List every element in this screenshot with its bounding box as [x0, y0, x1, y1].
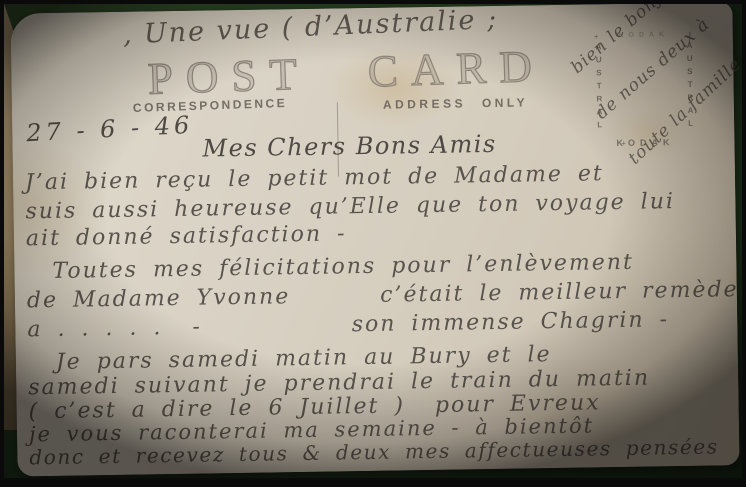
message-body: J’ai bien reçu le petit mot de Madame et… [25, 160, 736, 469]
handwritten-date: 27 - 6 - 46 [26, 111, 194, 147]
salutation: Mes Chers Bons Amis [202, 130, 497, 163]
postcard-title-word-card: CARD [367, 40, 546, 98]
postcard: ‚ Une vue ( d’Australie ; POST CARD CORR… [10, 2, 739, 476]
stamp-cross-mark: + [621, 139, 626, 148]
address-only-label: ADDRESS ONLY [383, 95, 528, 111]
message-line: a . . . . . - son immense Chagrin - [27, 307, 733, 341]
postcard-photo: ‚ Une vue ( d’Australie ; POST CARD CORR… [0, 0, 746, 487]
